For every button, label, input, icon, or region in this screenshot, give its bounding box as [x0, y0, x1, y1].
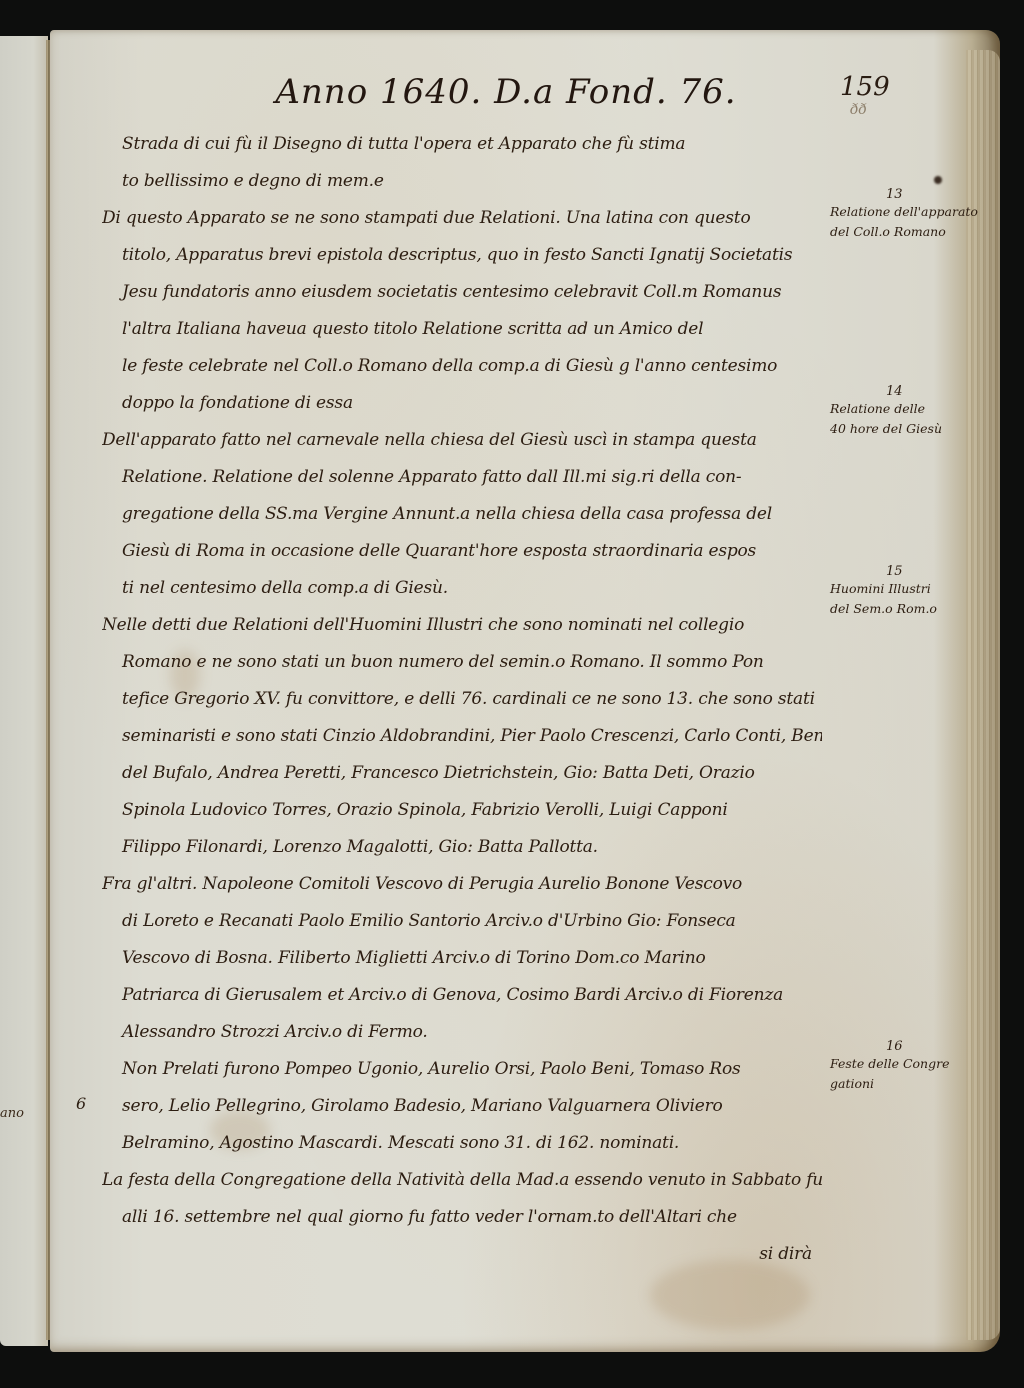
manuscript-line: le feste celebrate nel Coll.o Romano del…	[102, 348, 822, 385]
manuscript-line: La festa della Congregatione della Nativ…	[102, 1162, 822, 1199]
manuscript-line: tefice Gregorio XV. fu convittore, e del…	[102, 681, 822, 718]
margin-note: 13Relatione dell'apparatodel Coll.o Roma…	[830, 188, 980, 242]
left-page-fragment: ano	[0, 1106, 24, 1121]
manuscript-line: Non Prelati furono Pompeo Ugonio, Aureli…	[102, 1051, 822, 1088]
manuscript-line: del Bufalo, Andrea Peretti, Francesco Di…	[102, 755, 822, 792]
margin-note-line: del Sem.o Rom.o	[830, 599, 980, 619]
folio-annotation: ðð	[850, 102, 867, 118]
manuscript-line: gregatione della SS.ma Vergine Annunt.a …	[102, 496, 822, 533]
margin-note-number: 15	[830, 565, 980, 579]
manuscript-line: Di questo Apparato se ne sono stampati d…	[102, 200, 822, 237]
manuscript-line: Jesu fundatoris anno eiusdem societatis …	[102, 274, 822, 311]
manuscript-line: Patriarca di Gierusalem et Arciv.o di Ge…	[102, 977, 822, 1014]
margin-note-line: Relatione delle	[830, 399, 980, 419]
manuscript-line: Romano e ne sono stati un buon numero de…	[102, 644, 822, 681]
margin-note-number: 16	[830, 1040, 980, 1054]
manuscript-line: si dirà	[102, 1236, 822, 1273]
manuscript-line: Vescovo di Bosna. Filiberto Miglietti Ar…	[102, 940, 822, 977]
manuscript-line: Spinola Ludovico Torres, Orazio Spinola,…	[102, 792, 822, 829]
margin-note: 16Feste delle Congregationi	[830, 1040, 980, 1094]
margin-note-line: Relatione dell'apparato	[830, 202, 980, 222]
margin-note: 14Relatione delle40 hore del Giesù	[830, 385, 980, 439]
margin-note-line: Huomini Illustri	[830, 579, 980, 599]
page-edge-stack	[966, 50, 1000, 1340]
manuscript-body: Strada di cui fù il Disegno di tutta l'o…	[102, 126, 822, 1273]
manuscript-line: Belramino, Agostino Mascardi. Mescati so…	[102, 1125, 822, 1162]
margin-note: 15Huomini Illustridel Sem.o Rom.o	[830, 565, 980, 619]
facing-page-left: ano	[0, 36, 48, 1346]
manuscript-line: to bellissimo e degno di mem.e	[102, 163, 822, 200]
manuscript-line: Nelle detti due Relationi dell'Huomini I…	[102, 607, 822, 644]
margin-note-line: del Coll.o Romano	[830, 222, 980, 242]
manuscript-scan: ano Anno 1640. D.a Fond. 76. 159 ðð Stra…	[0, 0, 1024, 1388]
manuscript-line: Giesù di Roma in occasione delle Quarant…	[102, 533, 822, 570]
manuscript-line: di Loreto e Recanati Paolo Emilio Santor…	[102, 903, 822, 940]
margin-note-line: Feste delle Congre	[830, 1054, 980, 1074]
manuscript-line: ti nel centesimo della comp.a di Giesù.	[102, 570, 822, 607]
manuscript-line: l'altra Italiana haveua questo titolo Re…	[102, 311, 822, 348]
margin-note-number: 14	[830, 385, 980, 399]
page-header-year: Anno 1640. D.a Fond. 76.	[246, 72, 766, 112]
manuscript-line: Relatione. Relatione del solenne Apparat…	[102, 459, 822, 496]
folio-number: 159	[840, 72, 890, 102]
manuscript-line: Dell'apparato fatto nel carnevale nella …	[102, 422, 822, 459]
manuscript-line: Strada di cui fù il Disegno di tutta l'o…	[102, 126, 822, 163]
margin-note-line: 40 hore del Giesù	[830, 419, 980, 439]
manuscript-line: Alessandro Strozzi Arciv.o di Fermo.	[102, 1014, 822, 1051]
manuscript-line: Fra gl'altri. Napoleone Comitoli Vescovo…	[102, 866, 822, 903]
margin-marker-left: 6	[76, 1094, 86, 1113]
manuscript-line: alli 16. settembre nel qual giorno fu fa…	[102, 1199, 822, 1236]
manuscript-page: Anno 1640. D.a Fond. 76. 159 ðð Strada d…	[50, 30, 1000, 1352]
manuscript-line: doppo la fondatione di essa	[102, 385, 822, 422]
manuscript-line: seminaristi e sono stati Cinzio Aldobran…	[102, 718, 822, 755]
manuscript-line: Filippo Filonardi, Lorenzo Magalotti, Gi…	[102, 829, 822, 866]
ink-spot	[934, 176, 942, 184]
margin-note-number: 13	[830, 188, 980, 202]
manuscript-line: titolo, Apparatus brevi epistola descrip…	[102, 237, 822, 274]
margin-note-line: gationi	[830, 1074, 980, 1094]
manuscript-line: sero, Lelio Pellegrino, Girolamo Badesio…	[102, 1088, 822, 1125]
